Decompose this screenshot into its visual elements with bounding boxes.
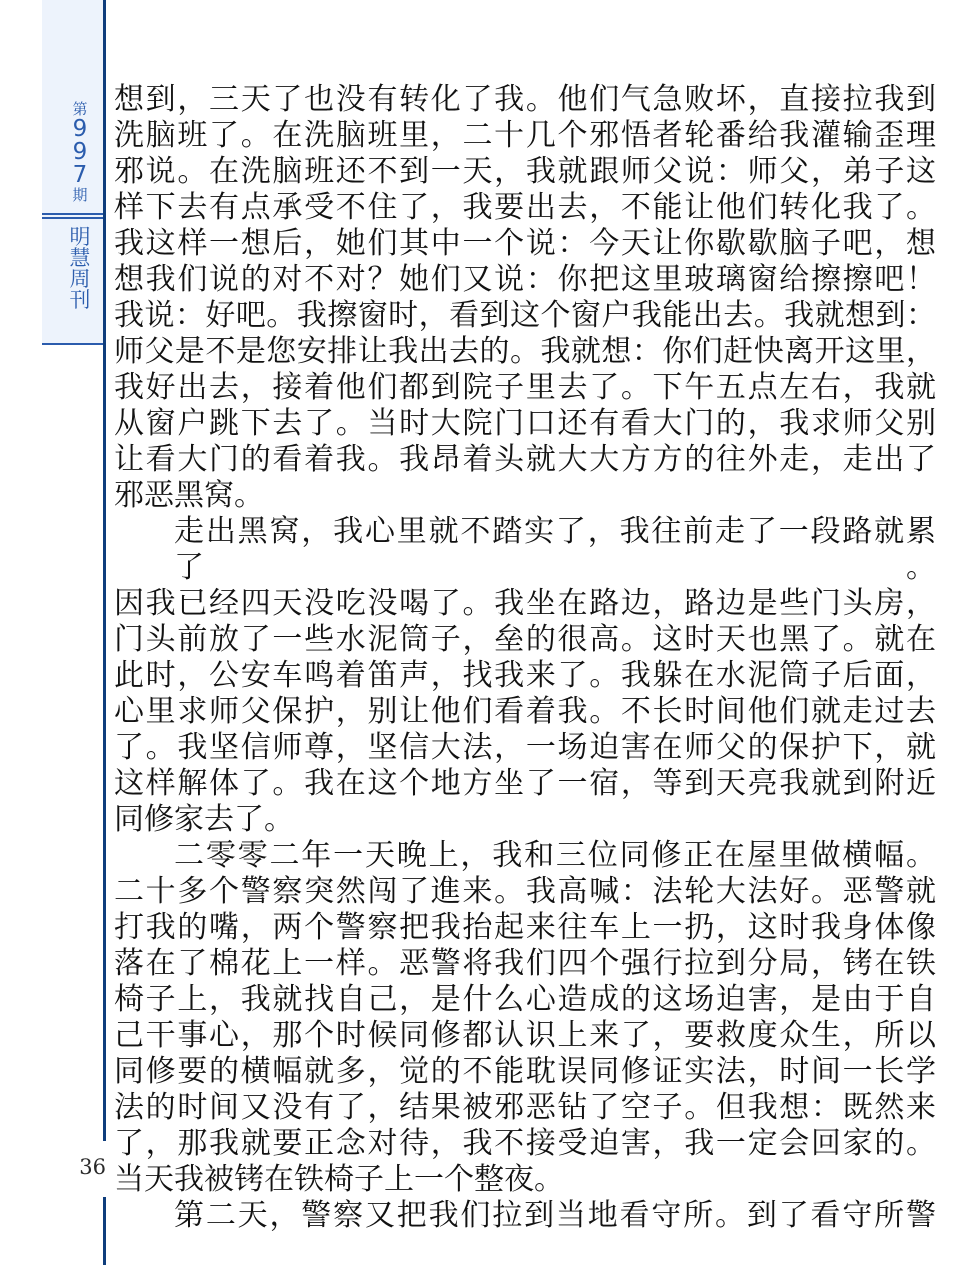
- masthead-char-2: 慧: [56, 248, 104, 269]
- issue-digit-1: 9: [56, 118, 104, 141]
- issue-label: 第 9 9 7 期: [56, 101, 104, 204]
- text-line: 二十多个警察突然闯了進来。我高喊：法轮大法好。恶警就: [114, 874, 936, 910]
- text-line: 此时，公安车鸣着笛声，找我来了。我躲在水泥筒子后面，: [114, 658, 936, 694]
- masthead-char-4: 刊: [56, 290, 104, 311]
- text-line: 当天我被铐在铁椅子上一个整夜。: [114, 1162, 936, 1198]
- text-line: 这样解体了。我在这个地方坐了一宿，等到天亮我就到附近: [114, 766, 936, 802]
- masthead-char-1: 明: [56, 227, 104, 248]
- masthead-char-3: 周: [56, 269, 104, 290]
- text-line: 落在了棉花上一样。恶警将我们四个强行拉到分局，铐在铁: [114, 946, 936, 982]
- text-line: 了，那我就要正念对待，我不接受迫害，我一定会回家的。: [114, 1126, 936, 1162]
- text-line: 己干事心，那个时候同修都认识上来了，要救度众生，所以: [114, 1018, 936, 1054]
- text-line: 想我们说的对不对？她们又说：你把这里玻璃窗给擦擦吧！: [114, 262, 936, 298]
- text-line: 邪恶黑窝。: [114, 478, 936, 514]
- text-line: 因我已经四天没吃没喝了。我坐在路边，路边是些门头房，: [114, 586, 936, 622]
- divider-double-rule: [42, 213, 103, 219]
- text-line: 同修家去了。: [114, 802, 936, 838]
- text-line: 让看大门的看着我。我昂着头就大大方方的往外走，走出了: [114, 442, 936, 478]
- issue-suffix: 期: [56, 187, 104, 204]
- masthead-title: 明 慧 周 刊: [56, 227, 104, 311]
- text-line: 第二天，警察又把我们拉到当地看守所。到了看守所警: [114, 1198, 936, 1234]
- issue-masthead-panel: 第 9 9 7 期 明 慧 周 刊: [42, 0, 103, 345]
- text-line: 了。我坚信师尊，坚信大法，一场迫害在师父的保护下，就: [114, 730, 936, 766]
- text-line: 我好出去，接着他们都到院子里去了。下午五点左右，我就: [114, 370, 936, 406]
- text-line: 椅子上，我就找自己，是什么心造成的这场迫害，是由于自: [114, 982, 936, 1018]
- text-line: 洗脑班了。在洗脑班里，二十几个邪悟者轮番给我灌输歪理: [114, 118, 936, 154]
- page-number: 36: [74, 1155, 106, 1179]
- left-border-rule-bottom: [103, 1197, 106, 1265]
- text-line: 二零零二年一天晚上，我和三位同修正在屋里做横幅。: [114, 838, 936, 874]
- text-line: 邪说。在洗脑班还不到一天，我就跟师父说：师父，弟子这: [114, 154, 936, 190]
- issue-digit-2: 9: [56, 141, 104, 164]
- text-line: 心里求师父保护，别让他们看着我。不长时间他们就走过去: [114, 694, 936, 730]
- issue-digit-3: 7: [56, 164, 104, 187]
- text-line: 样下去有点承受不住了，我要出去，不能让他们转化我了。: [114, 190, 936, 226]
- text-line: 同修要的横幅就多，觉的不能耽误同修证实法，时间一长学: [114, 1054, 936, 1090]
- text-line: 我说：好吧。我擦窗时，看到这个窗户我能出去。我就想到：: [114, 298, 936, 334]
- text-line: 我这样一想后，她们其中一个说：今天让你歇歇脑子吧，想: [114, 226, 936, 262]
- magazine-page: { "publication": { "issue_prefix": "第", …: [0, 0, 978, 1265]
- text-line: 法的时间又没有了，结果被邪恶钻了空子。但我想：既然来: [114, 1090, 936, 1126]
- text-line: 走出黑窝，我心里就不踏实了，我往前走了一段路就累了。: [114, 514, 936, 586]
- text-line: 门头前放了一些水泥筒子，垒的很高。这时天也黑了。就在: [114, 622, 936, 658]
- text-line: 打我的嘴，两个警察把我抬起来往车上一扔，这时我身体像: [114, 910, 936, 946]
- text-line: 师父是不是您安排让我出去的。我就想：你们赶快离开这里，: [114, 334, 936, 370]
- text-line: 想到，三天了也没有转化了我。他们气急败坏，直接拉我到: [114, 82, 936, 118]
- article-text: 想到，三天了也没有转化了我。他们气急败坏，直接拉我到洗脑班了。在洗脑班里，二十几…: [114, 82, 936, 1234]
- text-line: 从窗户跳下去了。当时大院门口还有看大门的，我求师父别: [114, 406, 936, 442]
